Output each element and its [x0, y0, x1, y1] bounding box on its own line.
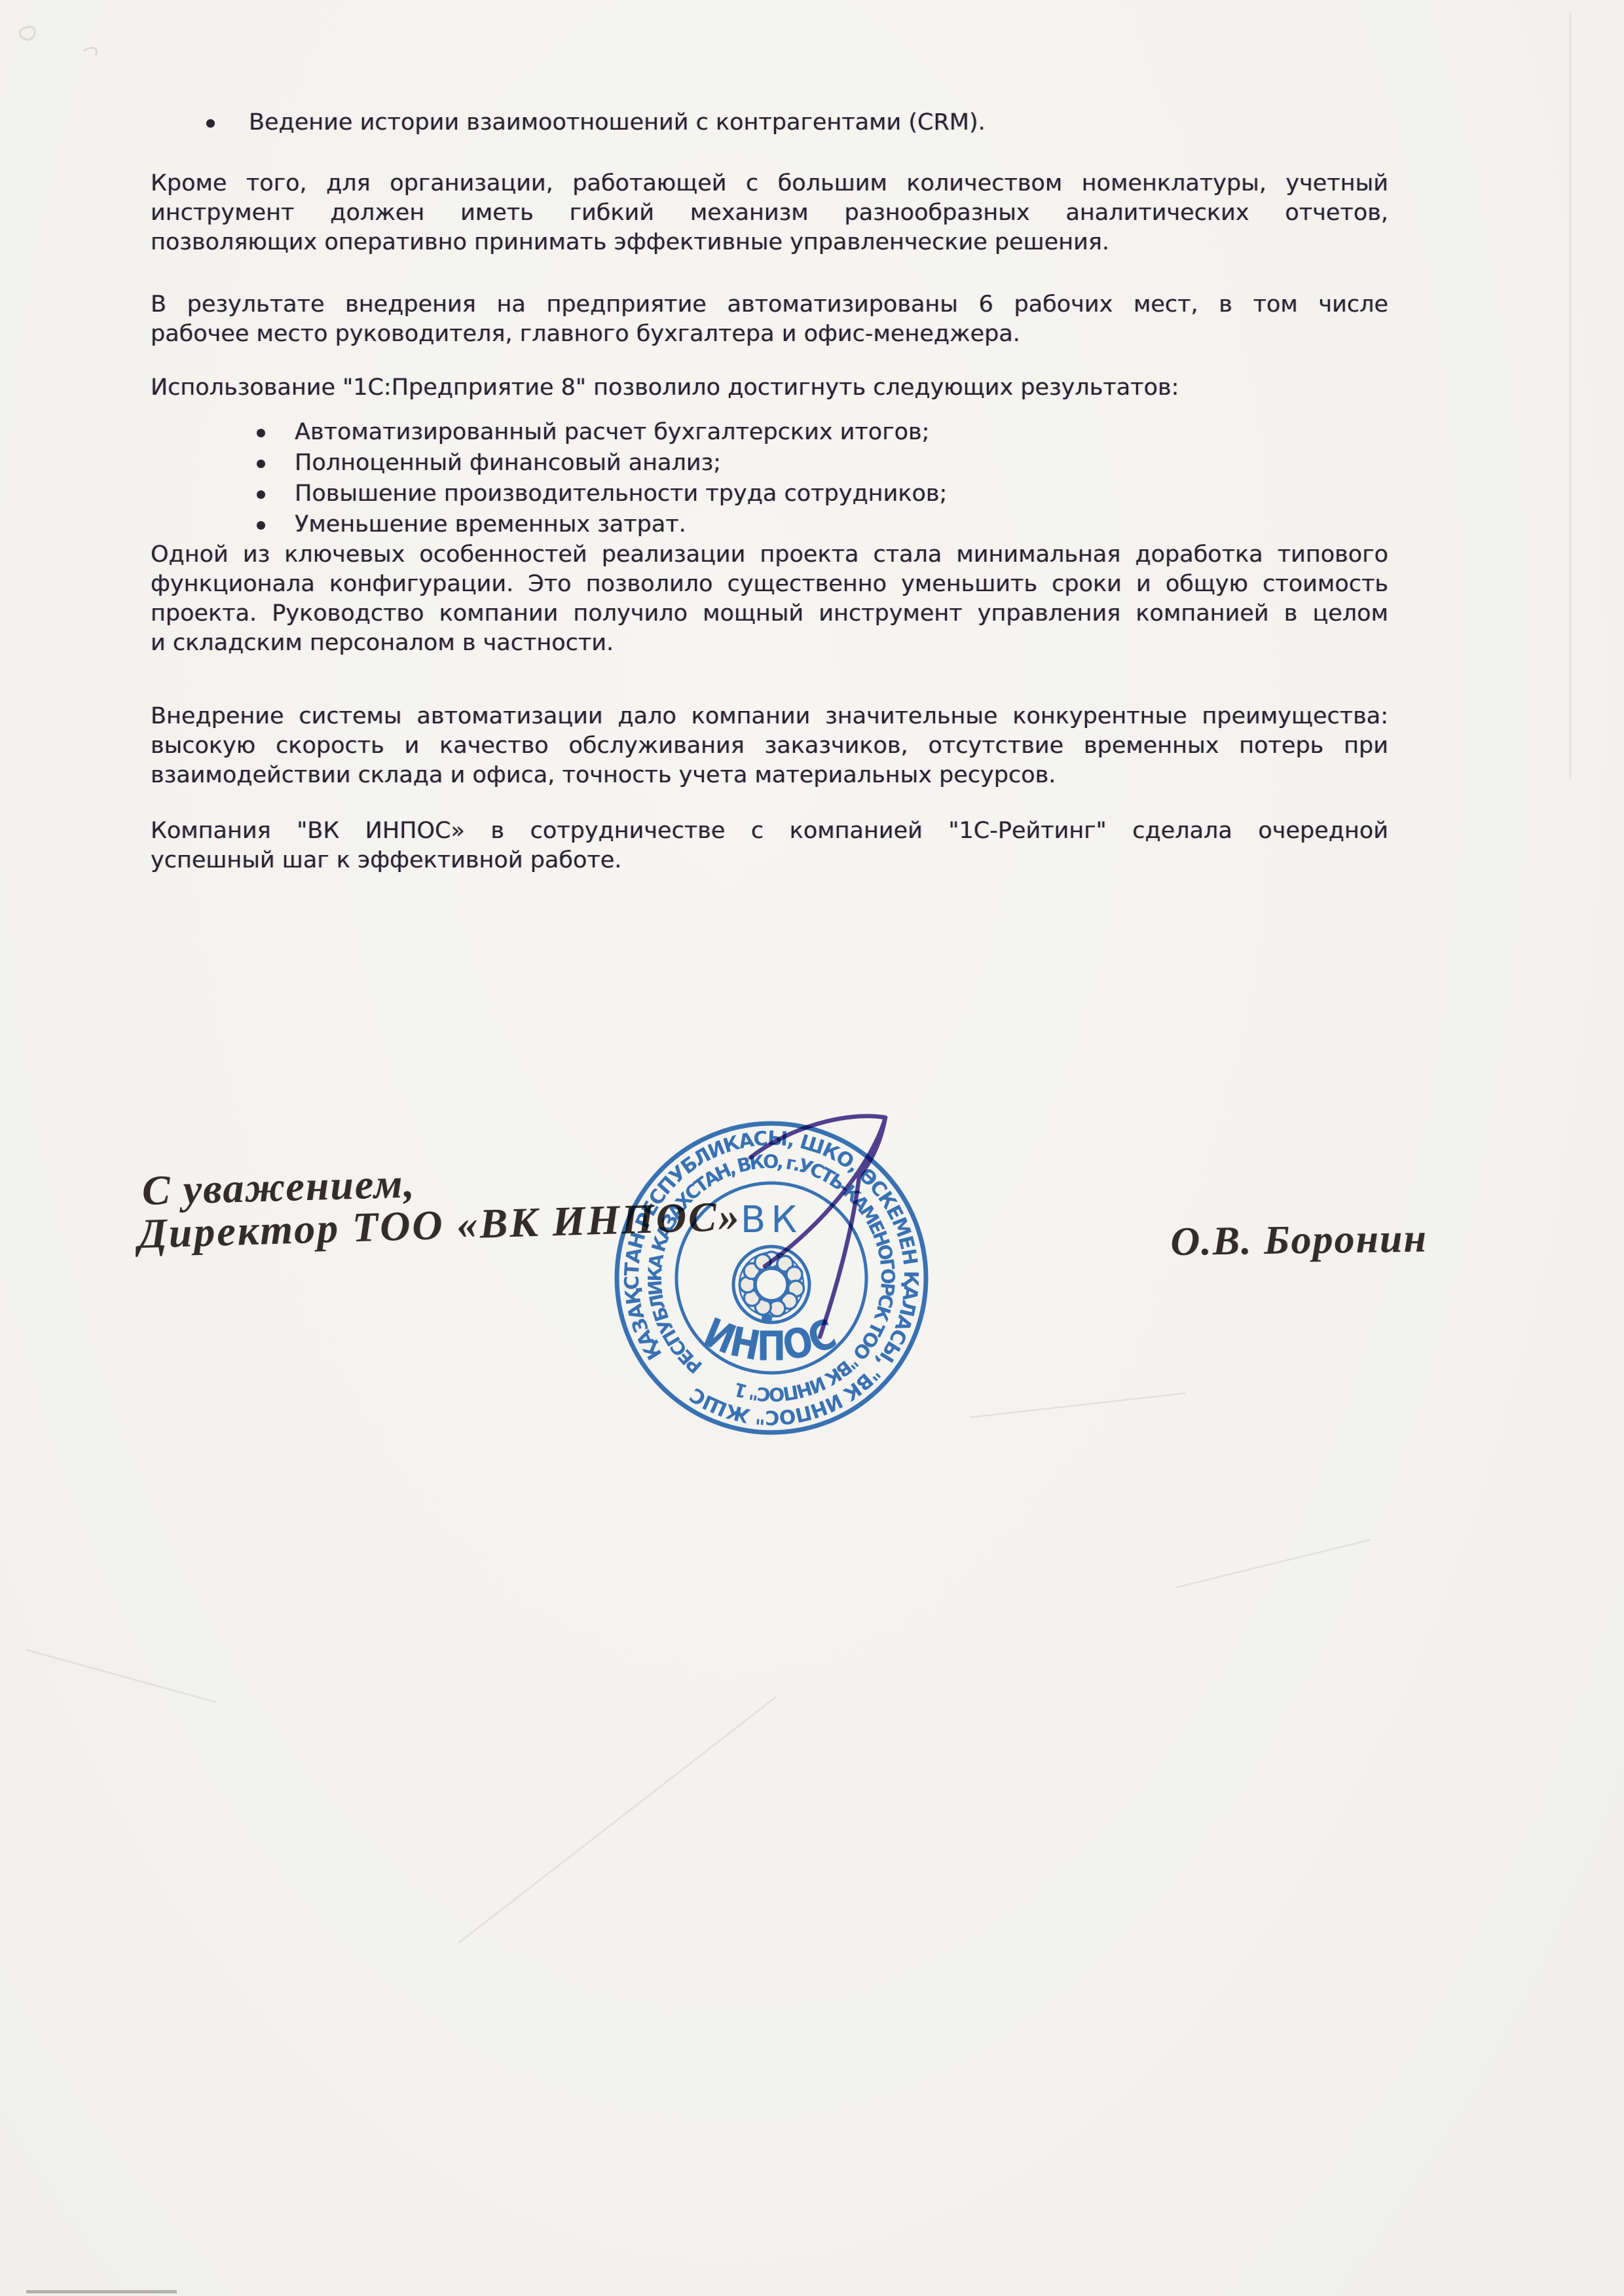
scan-edge-mark — [26, 2290, 177, 2293]
scanned-letter-page: Ведение истории взаимоотношений с контра… — [0, 0, 1624, 2296]
scan-artifacts-layer — [0, 0, 1624, 2296]
paper-crease-lines — [26, 13, 1570, 1943]
corner-smudges — [20, 27, 97, 55]
handwritten-signature — [750, 1116, 885, 1337]
